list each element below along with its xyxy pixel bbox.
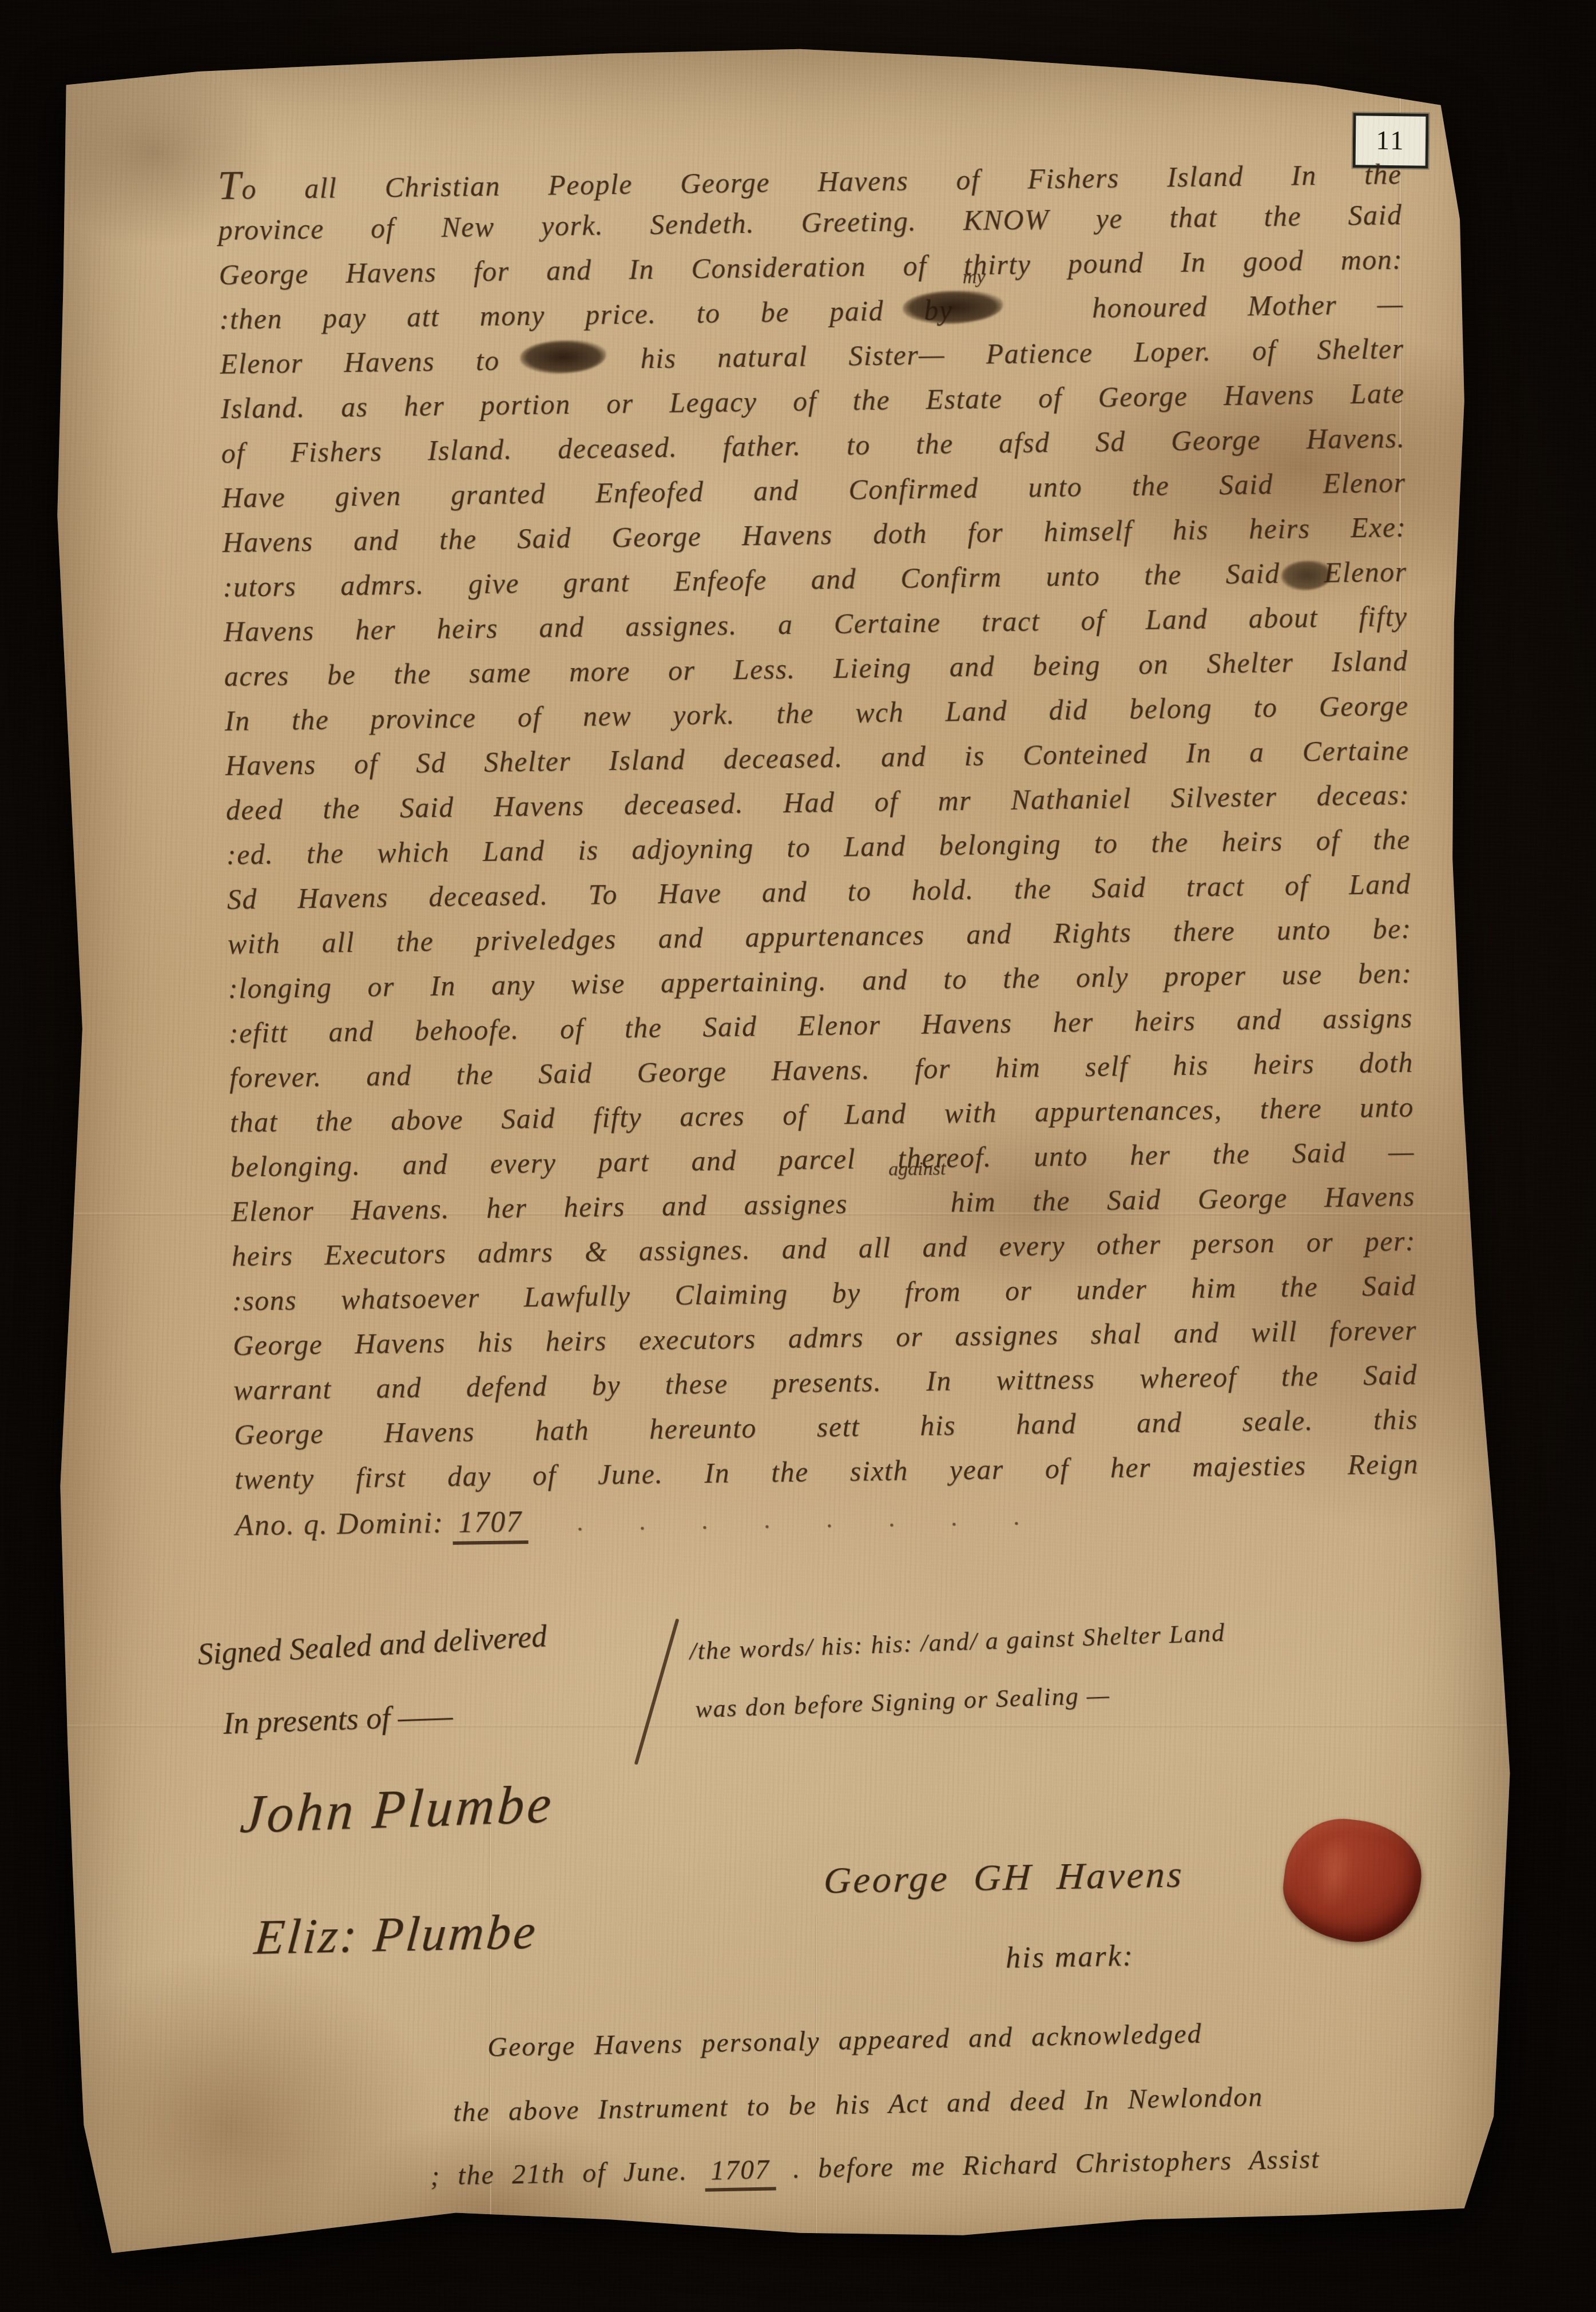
ack-date-pre: ; the 21th of June. xyxy=(430,2156,688,2191)
marginal-note-line-1: /the words/ his: his: /and/ a gainst She… xyxy=(689,1618,1226,1666)
marginal-note-line-2: was don before Signing or Sealing — xyxy=(694,1680,1110,1723)
red-wax-seal xyxy=(1277,1812,1427,1949)
trailing-dots: . . . . . . . . xyxy=(537,1503,1025,1537)
acknowledgment-line-2: the above Instrument to be his Act and d… xyxy=(453,2081,1264,2128)
his-mark-label: his mark: xyxy=(1006,1939,1135,1975)
paper-sheet: 11 To all Christian People George Havens… xyxy=(51,40,1522,2282)
interlinear-insertion-against: against xyxy=(888,1158,946,1180)
witness-signature-eliz-plumbe: Eliz: Plumbe xyxy=(252,1903,540,1967)
attestation-line-2: In presents of —— xyxy=(223,1698,453,1741)
deed-body-text: To all Christian People George Havens of… xyxy=(217,148,1420,1551)
attestation-divider-slash xyxy=(634,1618,680,1765)
parchment: 11 To all Christian People George Havens… xyxy=(51,40,1522,2282)
witness-signature-john-plumbe: John Plumbe xyxy=(238,1773,556,1846)
acknowledgment-line-1: George Havens personaly appeared and ack… xyxy=(487,2018,1202,2063)
grantor-signature-george-havens: George GH Havens xyxy=(823,1853,1185,1902)
ack-date-post: . before me Richard Christophers Assist xyxy=(792,2144,1320,2184)
interlinear-insertion-my: my xyxy=(962,266,985,288)
year-1707-underlined: 1707 xyxy=(452,1505,529,1545)
acknowledgment-line-3: ; the 21th of June. 1707 . before me Ric… xyxy=(430,2143,1320,2192)
anno-label: Ano. q. Domini: xyxy=(235,1507,444,1542)
attestation-line-1: Signed Sealed and delivered xyxy=(197,1618,548,1672)
ack-year-1707-underlined: 1707 xyxy=(704,2154,776,2191)
scanned-document-page: 11 To all Christian People George Havens… xyxy=(0,0,1596,2312)
